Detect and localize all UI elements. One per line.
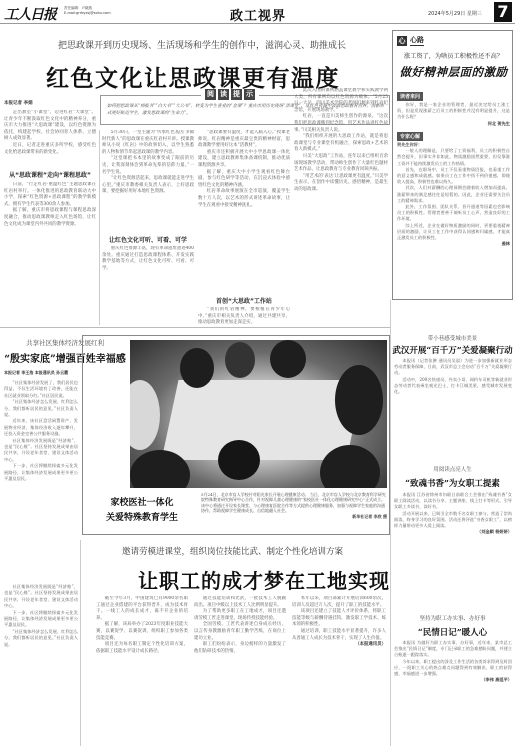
paragraph: 据了解，该局举办了2023年度职业技能大赛，以赛促学、以赛促训，组织职工参加各类… xyxy=(96,622,188,642)
side-story-body: “社区集体经济发展了，我们居民也得益，不仅生活环境有了改善，还能在社区就业领取分… xyxy=(4,380,78,580)
paragraph: “让红色资源活起来，思政课就能走进学生心里。”重庆市教委相关负责人表示，上好思政… xyxy=(102,176,194,196)
photo-person-shape xyxy=(335,365,383,435)
news-photo[interactable] xyxy=(130,340,387,488)
masthead: 工人日报 责任编辑：卢晓燕 E-mail:grrbyzsj@sohu.com 政… xyxy=(0,0,515,24)
page-number: 7 xyxy=(494,2,512,22)
paragraph: 本报讯（记者张翀 通讯员吴晨）为进一步加强新就业形态劳动者服务保障，日前，武汉市… xyxy=(394,358,512,377)
bottom-kicker: 邀请劳模进课堂，组织岗位技能比武、制定个性化培训方案 xyxy=(122,545,343,557)
photo-person-shape xyxy=(270,340,306,378)
paragraph: 重庆市还积极开展大中小学思政课一体化建设，建立思政教师集体备课机制，推动优质课程… xyxy=(198,150,290,170)
bottom-signature: （本报通讯员） xyxy=(292,642,386,649)
paragraph: 综上所述，企业在做好物质激励的同时，更要重视精神层面的激励，让员工在工作中获得认… xyxy=(397,223,510,242)
column-tag: 心 心路 xyxy=(397,35,424,46)
lead-col4: 此次入围的课例涵盖课堂教学和实践教学两大类，所有课例均以红色资源为载体。“5月2… xyxy=(294,88,388,324)
paragraph: 首先，在职场中，员工不仅看重物质回报，也看重工作的意义感和成就感。如果员工在工作… xyxy=(397,167,510,186)
photo-caption-text: 5月24日，北京市盲人学校针对阳光家长开展心理健康活动。 当日，北京市盲人学校与… xyxy=(201,492,387,514)
paragraph: 下一步，社区将继续探索多元化发展路径，让集体经济发展成果更多更公平惠及居民。 xyxy=(4,610,78,629)
lead-col3-bottom: “我们的红岩精神，要根植在青少年心中。”重庆市相关负责人介绍，通过共建共享，推动… xyxy=(198,307,290,325)
paragraph: “这堂课把书本里的故事变成了眼前的历史，让我深刻体会到革命先辈的信仰力量。”一名… xyxy=(102,156,194,176)
editor-info: 责任编辑：卢晓燕 E-mail:grrbyzsj@sohu.com xyxy=(64,6,111,16)
paragraph: 职工们纷纷表示，身边榜样的力量激发了他们钻研技术的热情。 xyxy=(194,642,286,655)
photo-credit: 新华社记者 李欣 摄 xyxy=(201,514,387,519)
advice-column: 心 心路 涨工资了，为啥员工积极性还不高？ 做好精神层面的激励 读者来问 你好，… xyxy=(392,30,513,300)
paragraph: “思政课要有温度，才能入脑入心。”授课老师说，红岩精神是重庆最宝贵的精神财富，思… xyxy=(198,130,290,150)
right-story-2-sign: （刘金颖 杨妍妍） xyxy=(394,529,512,535)
paragraph: 社区集体经济发展既是“经济账”，也是“民心账”。社区坚持发展成果由居民共享，开设… xyxy=(4,438,78,464)
lead-byline: 本报记者 李娟 xyxy=(4,100,33,106)
column-divider xyxy=(99,130,100,325)
paragraph: “我们的红岩精神，要根植在青少年心中。”重庆市相关负责人介绍，通过共建共享，推动… xyxy=(198,307,290,325)
paragraph: “社区集体经济怎么发展、红利怎么分，我们都听居民的意见。”社区负责人说。 xyxy=(4,399,78,418)
paragraph: 全国劳模、工匠代表讲述自身成长经历，以言传身教激励青年职工勤学苦练，在岗位上建功… xyxy=(194,622,286,642)
lead-col2-top: 5月30日，一堂主题为“传承红色基因 争做时代新人”的思政课在重庆红岩村开讲。授… xyxy=(102,130,194,210)
right-story-2-kicker: 用阅读点亮人生 xyxy=(392,465,513,473)
paragraph: 为了帮助更多职工在工地成才，项目还邀请劳模工匠走进课堂，现场传授技能经验。 xyxy=(194,609,286,622)
paragraph: “社区集体经济发展了，我们居民也得益，不仅生活环境有了改善，还能在社区就业领取分… xyxy=(4,380,78,399)
right-story-1-body: 本报讯（记者张翀 通讯员吴晨）为进一步加强新就业形态劳动者服务保障，日前，武汉市… xyxy=(394,358,512,454)
paragraph: 该项目还建立了技能人才评价体系，将职工技能等级与薪酬待遇挂钩，激发职工学技术、练… xyxy=(292,609,386,629)
paragraph: 近日，记者走进重庆多所学校，感受红色文化给思政课带来的新变化。 xyxy=(4,143,96,156)
column-divider xyxy=(390,300,391,746)
paragraph: 通过技能培训和比武，一批技术工人脱颖而出。项目中级以上技术工人比例明显提升。 xyxy=(194,596,286,609)
paragraph: 社区集体经济发展既是“经济账”，也是“民心账”。社区坚持发展成果由居民共享，开设… xyxy=(4,584,78,610)
reading-tips-char: 提 xyxy=(231,89,242,100)
photo-person-shape xyxy=(320,445,380,488)
paragraph: “社区集体经济怎么发展、红利怎么分，我们都听居民的意见。”社区负责人说。 xyxy=(4,629,78,648)
paragraph: 今年以来，职工提出的涉及工作生活的各类诉求得到及时回应，一批职工关心的热点难点问… xyxy=(394,659,512,678)
paragraph: 据了解，重庆市将思政课程与课程思政深度融合，推动思政课教师走入红色场馆，让红色文… xyxy=(4,208,96,228)
reading-tips-char: 读 xyxy=(218,89,229,100)
photo-person-shape xyxy=(130,380,160,450)
paragraph: 5月30日，一堂主题为“传承红色基因 争做时代新人”的思政课在重庆红岩村开讲。授… xyxy=(102,130,194,156)
reader-question-text: 你好，我是一家企业的管理者，最近决定给员工涨工资，但是发现涨薪之后员工的积极性并… xyxy=(397,102,510,132)
photo-title-line: 关爱特殊教育学生 xyxy=(87,511,197,526)
paragraph: 本报讯 为做好为职工办实事、办好事，近年来，某市总工会推出“民情日记”制度，专门… xyxy=(394,640,512,659)
paragraph: 红岩革命故事展演在全市巡演，覆盖学生数十万人次，以艺术的形式讲述革命故事，让学生… xyxy=(198,189,290,209)
photo-person-shape xyxy=(180,348,214,388)
lead-subhead-3: 首创“大思政”工作站 xyxy=(196,296,292,305)
paragraph: 活动开展以来，已吸引全市数千名女职工参与，营造了崇尚阅读、终身学习的良好氛围。活… xyxy=(394,511,512,530)
photo-person-shape xyxy=(225,342,255,378)
paragraph: 此外，工作氛围、团队关系、晋升通道等因素也会影响员工的积极性。管理者要善于倾听员… xyxy=(397,204,510,223)
right-story-2-headline: “致魂书香”为女职工提素 xyxy=(392,477,513,489)
photo-caption: 5月24日，北京市盲人学校针对阳光家长开展心理健康活动。 当日，北京市盲人学校与… xyxy=(201,492,387,519)
expert-answer-text: 贺先生你好： 一般人的理解是，只要给了工资福利，员工的积极性自然会提升，但事实并… xyxy=(397,142,510,297)
paragraph: “我们组织开展的大思政工作站，就是将思政课堂与专业课堂有机融合，探索思政+艺术的… xyxy=(294,134,388,154)
right-story-3-body: 本报讯 为做好为职工办实事、办好事，近年来，某市总工会推出“民情日记”制度，专门… xyxy=(394,640,512,746)
column-divider xyxy=(80,540,81,746)
photo-table-shape xyxy=(161,380,363,460)
bottom-col1: 截至今年3月，中国建筑已有9000余名职工通过企业搭建的平台获得晋升，成为技术骨… xyxy=(96,596,188,746)
paragraph: 你好，我是一家企业的管理者，最近决定给员工涨工资，但是发现涨薪之后员工的积极性并… xyxy=(397,102,510,121)
paragraph: “用艺术的‘表达’让思政课更有温度。”川美学生表示，在创作中读懂历史、感悟精神，… xyxy=(294,174,388,194)
reading-tips-title: 阅 读 提 示 xyxy=(201,89,259,100)
column-tag-label: 心路 xyxy=(410,35,424,46)
heart-path-icon: 心 xyxy=(397,36,407,46)
paragraph: 本报讯 江苏省徐州市妇联日前联合工会推出“致魂书香”女职工阅读活动，以读书分享、… xyxy=(394,492,512,511)
editor-email: E-mail:grrbyzsj@sohu.com xyxy=(64,11,111,16)
paragraph: 通过培训，职工技能水平显著提升，许多人从普通工人成长为技术骨干，实现了人生价值。 xyxy=(292,629,386,642)
bottom-headline: 让职工的成才梦在工地实现 xyxy=(138,565,390,594)
side-story-byline: 本报记者 李王浩 本报通讯员 孙云霞 xyxy=(4,370,68,376)
right-story-3-kicker: 坚持为职工办实事、办好事 xyxy=(392,614,513,622)
expert-answer-label: 专家心解 xyxy=(397,132,423,141)
photo-feature-frame: 家校医社一体化 关爱特殊教育学生 5月24日，北京市盲人学校针对阳光家长开展心理… xyxy=(82,335,390,535)
issue-date: 2024年5月29日 星期三 xyxy=(428,10,482,17)
right-story-3-headline: “民情日记”暖人心 xyxy=(392,626,513,638)
right-story-3-sign: （李伟 高延平） xyxy=(394,677,512,683)
paragraph: 本年以来，项目部累计开展培训600余次，培训人员超过万人次，提升了职工的技能水平… xyxy=(292,596,386,609)
photo-person-shape xyxy=(218,440,260,480)
section-divider xyxy=(0,327,390,328)
reader-question-label: 读者来问 xyxy=(397,92,423,101)
bottom-col3: 本年以来，项目部累计开展培训600余次，培训人员超过万人次，提升了职工的技能水平… xyxy=(292,596,386,746)
lead-col2-bottom: 重庆红色资源丰富，现有革命遗址遗迹400余处。重庆通过打造思政课程体系、开发实践… xyxy=(102,246,194,322)
advice-title: 做好精神层面的激励 xyxy=(397,64,510,80)
advice-question: 涨工资了，为啥员工积极性还不高？ xyxy=(397,51,510,60)
photo-title-line: 家校医社一体化 xyxy=(87,496,197,511)
right-story-2-body: 本报讯 江苏省徐州市妇联日前联合工会推出“致魂书香”女职工阅读活动，以读书分享、… xyxy=(394,492,512,612)
paragraph: 走出教室“小课堂”，迈进红岩“大课堂”。让青少年不断汲取红色文化中的精神养分，重… xyxy=(4,110,96,143)
section-title: 政工视界 xyxy=(230,5,286,24)
paragraph: 近年来，该社区盘活闲置资产、发展物业经济，集体经济收入逐年攀升，还投入资金完善公… xyxy=(4,418,78,437)
paragraph: 下一步，社区将继续探索多元化发展路径，让集体经济发展成果更多更公平惠及居民。 xyxy=(4,463,78,482)
side-story-body-cont: 社区集体经济发展既是“经济账”，也是“民心账”。社区坚持发展成果由居民共享，开设… xyxy=(4,584,78,744)
paragraph: 日前，“行走红岩·重温红色”主题思政课在红岩村举行。一体化推进的思政教育联动大中… xyxy=(4,182,96,208)
paragraph: 截至今年3月，中国建筑已有9000余名职工通过企业搭建的平台获得晋升，成为技术骨… xyxy=(96,596,188,622)
paragraph: 据了解，重庆大中小学生观看红色舞台剧、参与红色研学等活动，在沉浸式体验中感悟红色… xyxy=(198,170,290,190)
right-story-1-headline: 武汉开展“百千万”关爱凝聚行动 xyxy=(392,344,513,356)
reading-tips-char: 阅 xyxy=(205,89,216,100)
lead-col1-top: 走出教室“小课堂”，迈进红岩“大课堂”。让青少年不断汲取红色文化中的精神养分，重… xyxy=(4,110,96,158)
paragraph: 项目还为每名职工制定个性化培训方案，依据职工技能水平设计成长路径。 xyxy=(96,642,188,655)
lead-subhead-1: 从“思政课程”走向“课程思政” xyxy=(2,170,98,179)
right-story-1-kicker: 带小巷感受城市美景 xyxy=(392,334,513,342)
paragraph: 其次，人们对薪酬的心理预期会随着收入增加而提高，涨薪带来的满足感往往是短暂的。因… xyxy=(397,185,510,204)
photo-caption-title: 家校医社一体化 关爱特殊教育学生 xyxy=(87,496,197,526)
lead-col3-top: “思政课要有温度，才能入脑入心。”授课老师说，红岩精神是重庆最宝贵的精神财富，思… xyxy=(198,130,290,290)
paragraph: 川美“大思政”工作站，连年以来已组织百余场现场教学活动，带动师生创作了大量红色题… xyxy=(294,154,388,174)
expert-sign: 姜林 xyxy=(397,241,510,247)
paragraph: 此次入围的课例涵盖课堂教学和实践教学两大类，所有课例均以红色资源为载体。“5月2… xyxy=(294,88,388,114)
lead-subhead-2: 让红色文化可听、可看、可学 xyxy=(100,235,196,244)
paragraph: 一般人的理解是，只要给了工资福利，员工的积极性自然会提升，但事实并非如此。物质激… xyxy=(397,148,510,167)
paragraph: 红岩，一直是川美师生创作的源泉。“这次我们把思政课搬到纪念馆，用艺术作品讲红色故… xyxy=(294,114,388,134)
newspaper-logo: 工人日报 xyxy=(4,4,56,24)
bottom-col2: 通过技能培训和比武，一批技术工人脱颖而出。项目中级以上技术工人比例明显提升。 为… xyxy=(194,596,286,746)
reading-tips-char: 示 xyxy=(244,89,255,100)
lead-col1-bottom: 日前，“行走红岩·重温红色”主题思政课在红岩村举行。一体化推进的思政教育联动大中… xyxy=(4,182,96,322)
paragraph: 活动中，200名快递员、外卖小哥、网约车司机等新就业形态劳动者代表乘坐观光巴士，… xyxy=(394,377,512,396)
lead-kicker: 把思政课开到历史现场、生活现场和学生的创作中，滋润心灵、助推成长 xyxy=(58,38,346,51)
reader-sign: 河北 贺先生 xyxy=(397,121,510,127)
paragraph: 重庆红色资源丰富，现有革命遗址遗迹400余处。重庆通过打造思政课程体系、开发实践… xyxy=(102,246,194,272)
